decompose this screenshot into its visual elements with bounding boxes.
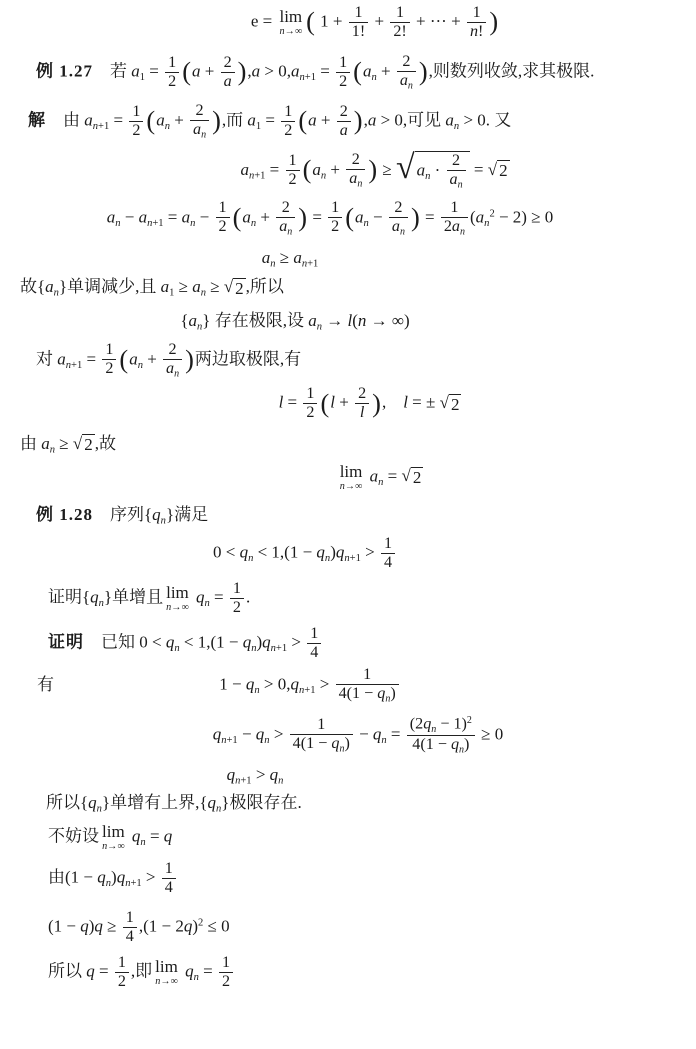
para-example-1-28: 例 1.28 序列{qn}满足 — [20, 504, 680, 528]
formula-lim-an: limn→∞ an = √2 — [50, 463, 696, 492]
formula-an-monotone: an ≥ an+1 — [0, 247, 620, 271]
formula-qn1-lower-bound: 1 − qn > 0,qn+1 > 14(1 − qn) — [219, 666, 400, 705]
para-take-limit: 对 an+1 = 12(an + 2an)两边取极限,有 — [20, 341, 680, 380]
formula-q-inequality: (1 − q)q ≥ 14,(1 − 2q)2 ≤ 0 — [20, 909, 680, 946]
text-you: 有 — [37, 674, 54, 696]
para-conclusion: 所以 q = 12,即limn→∞ qn = 12 — [20, 954, 680, 991]
formula-an-difference: an − an+1 = an − 12(an + 2an) = 12(an − … — [0, 199, 660, 238]
formula-qn-difference: qn+1 − qn > 14(1 − qn) − qn = (2qn − 1)2… — [28, 715, 688, 756]
para-decreasing: 故{an}单调减少,且 a1 ≥ an ≥ √2,所以 — [20, 276, 680, 300]
formula-l-equation: l = 12(l + 2l), l = ± √2 — [40, 385, 696, 422]
para-increasing-bounded: 所以{qn}单增有上界,{qn}极限存在. — [20, 792, 680, 816]
para-an-ge-sqrt2: 由 an ≥ √2,故 — [20, 433, 680, 457]
para-limit-exists: {an} 存在极限,设 an → l(n → ∞) — [0, 310, 625, 334]
textbook-page: e = limn→∞( 1 + 11! + 12! + ··· + 1n!) 例… — [0, 0, 696, 1049]
line-you-with-ineq: 有 1 − qn > 0,qn+1 > 14(1 − qn) — [20, 666, 680, 705]
para-prove-statement: 证明{qn}单增且limn→∞ qn = 12. — [20, 580, 680, 617]
para-solution: 解 由 an+1 = 12(an + 2an),而 a1 = 12(a + 2a… — [20, 102, 680, 141]
para-assume-limit: 不妨设limn→∞ qn = q — [20, 823, 680, 852]
formula-an-amgm: an+1 = 12(an + 2an) ≥ √an · 2an = √2 — [45, 151, 696, 191]
formula-qn-monotone: qn+1 > qn — [0, 764, 585, 788]
para-example-1-27: 例 1.27 若 a1 = 12(a + 2a),a > 0,an+1 = 12… — [20, 53, 680, 92]
para-from-condition: 由(1 − qn)qn+1 > 14 — [20, 860, 680, 897]
formula-qn-condition: 0 < qn < 1,(1 − qn)qn+1 > 14 — [0, 535, 635, 572]
formula-e-series: e = limn→∞( 1 + 11! + 12! + ··· + 1n!) — [45, 4, 696, 41]
para-proof-known: 证明 已知 0 < qn < 1,(1 − qn)qn+1 > 14 — [20, 625, 680, 662]
